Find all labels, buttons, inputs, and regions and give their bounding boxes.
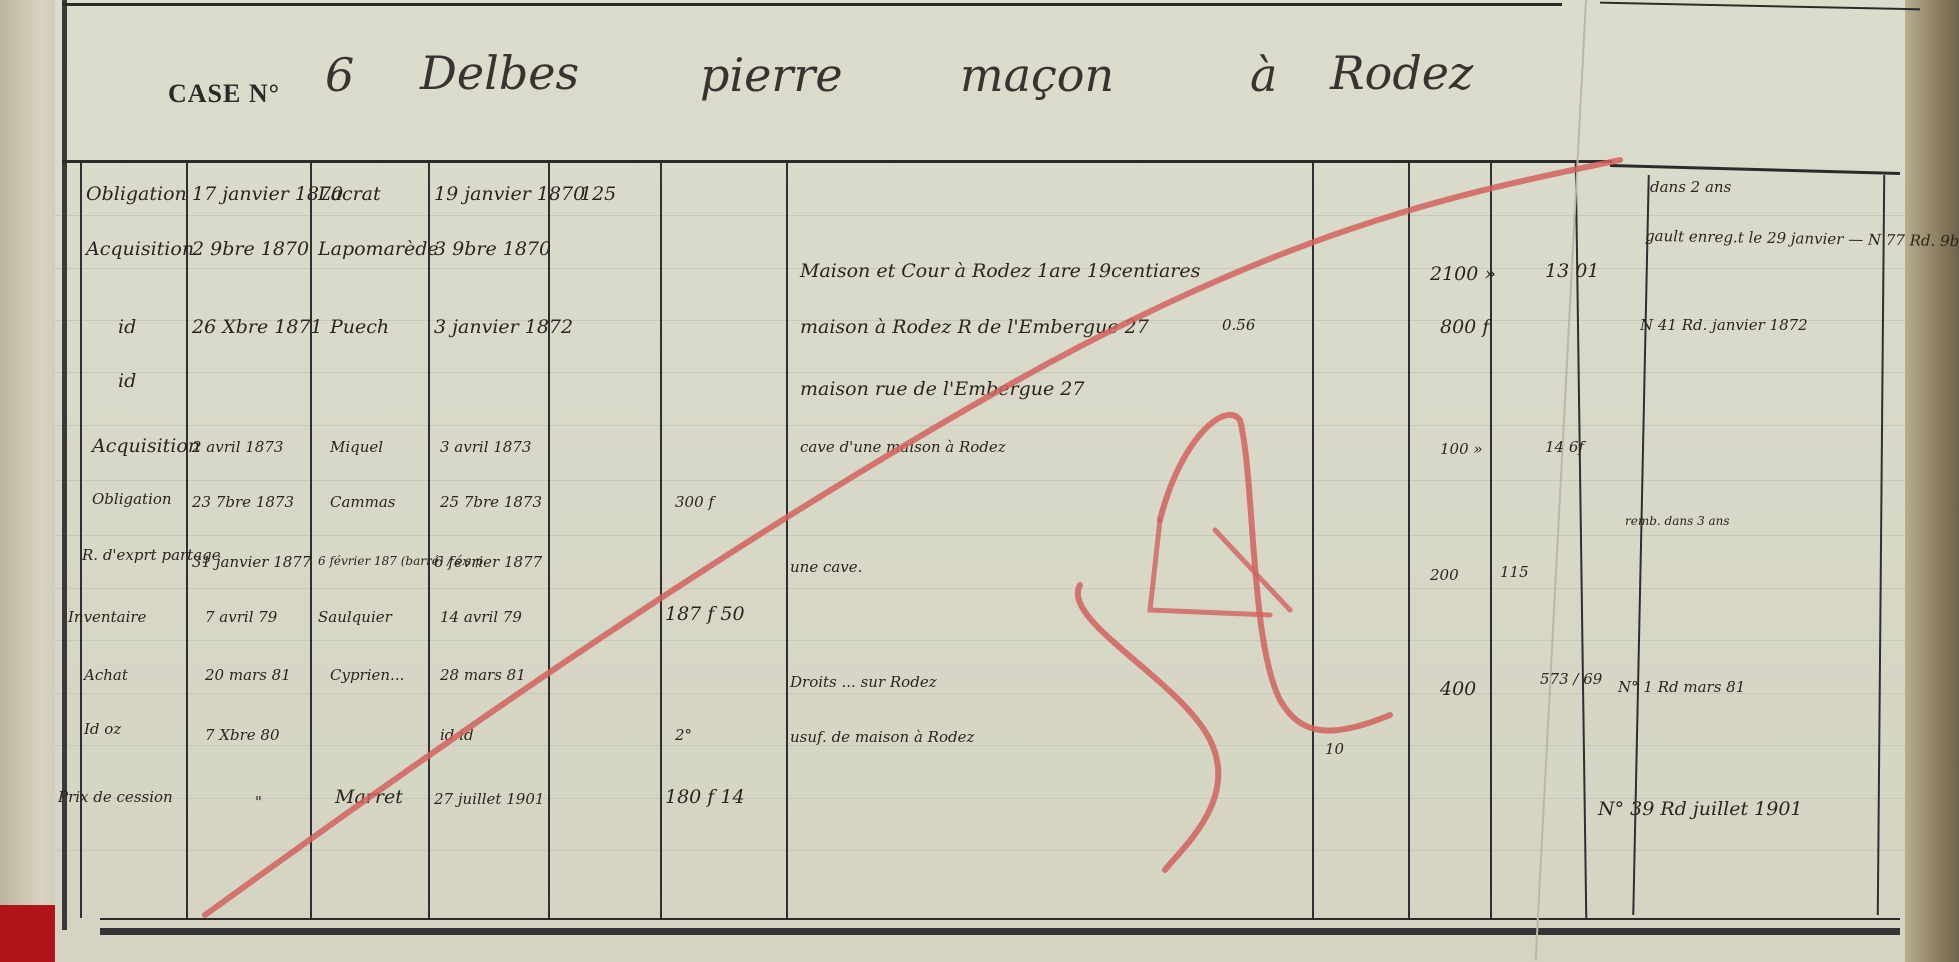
case-number: 6 [325, 52, 354, 98]
row-designation: Droits ... sur Rodez [790, 675, 937, 690]
row-designation: cave d'une maison à Rodez [800, 440, 1006, 455]
row-nature: Obligation [86, 185, 187, 204]
bottom-rule-thick [100, 928, 1900, 935]
row-date-acte: 26 Xbre 1871 [192, 318, 323, 337]
row-date-enreg: 25 7bre 1873 [440, 495, 542, 510]
row-valeur: 200 [1430, 568, 1459, 583]
background-left [0, 0, 60, 962]
col-rule [660, 163, 662, 918]
col-rule [1408, 163, 1410, 918]
row-notaire: Puech [330, 318, 389, 337]
row-date-acte: 2 9bre 1870 [192, 240, 309, 259]
row-contenance: 0.56 [1222, 318, 1255, 333]
row-nature: id [118, 318, 136, 337]
owner-surname: Delbes [420, 50, 579, 96]
header-rule [62, 160, 1612, 163]
row-designation: une cave. [790, 560, 862, 575]
row-droits: 13 01 [1545, 262, 1599, 281]
row-notaire: Cyprien... [330, 668, 404, 683]
row-contenance: 10 [1325, 742, 1344, 757]
row-notaire: Saulquier [318, 610, 392, 625]
col-rule [1312, 163, 1314, 918]
row-prix: 125 [580, 185, 616, 204]
row-observations: remb. dans 3 ans [1625, 515, 1730, 527]
row-notaire: Lacrat [318, 185, 381, 204]
row-valeur: 100 » [1440, 442, 1483, 457]
col-rule [786, 163, 788, 918]
bottom-rule-thin [100, 918, 1900, 920]
row-droits: 115 [1500, 565, 1529, 580]
frame-top-rule [62, 3, 1562, 6]
row-nature: Obligation [92, 492, 172, 507]
row-valeur: 400 [1440, 680, 1476, 699]
row-date-acte: 31 janvier 1877 [192, 555, 311, 570]
row-valeur: 800 f [1440, 318, 1489, 337]
row-date-enreg: 27 juillet 1901 [434, 792, 544, 807]
owner-preposition: à [1250, 52, 1277, 98]
row-nature: Acquisition [86, 240, 194, 259]
row-date-enreg: id id [440, 728, 474, 743]
row-date-enreg: 28 mars 81 [440, 668, 526, 683]
col-rule [428, 163, 430, 918]
row-observations: N° 39 Rd juillet 1901 [1598, 800, 1803, 819]
row-notaire: Miquel [330, 440, 383, 455]
row-date-enreg: 6 février 1877 [434, 555, 542, 570]
row-date-enreg: 3 janvier 1872 [434, 318, 573, 337]
row-prix: 187 f 50 [665, 605, 745, 624]
owner-town: Rodez [1330, 50, 1473, 96]
row-nature: Acquisition [92, 437, 200, 456]
row-droits: 14 6f [1545, 440, 1584, 455]
row-prix: 180 f 14 [665, 788, 745, 807]
row-nature: Inventaire [68, 610, 146, 625]
row-date-enreg: 3 9bre 1870 [434, 240, 551, 259]
row-date-acte: 2 avril 1873 [192, 440, 283, 455]
row-date-acte: 20 mars 81 [205, 668, 291, 683]
col-rule [310, 163, 312, 918]
red-cover-corner [0, 905, 60, 962]
row-designation: maison rue de l'Embergue 27 [800, 380, 1084, 399]
row-date-acte: 23 7bre 1873 [192, 495, 294, 510]
row-observations: N 41 Rd. janvier 1872 [1640, 318, 1808, 333]
col-rule [186, 163, 188, 918]
row-prix: 2° [675, 728, 692, 743]
row-valeur: 2100 » [1430, 265, 1496, 284]
owner-firstname: pierre [700, 52, 843, 98]
owner-profession: maçon [960, 52, 1114, 98]
row-observations: dans 2 ans [1650, 180, 1731, 195]
row-date-enreg: 19 janvier 1870 [434, 185, 585, 204]
row-date-acte: " [255, 795, 262, 810]
row-observations: N° 1 Rd mars 81 [1618, 680, 1745, 695]
row-date-enreg: 14 avril 79 [440, 610, 522, 625]
row-notaire: Marret [335, 788, 403, 807]
row-prix: 300 f [675, 495, 714, 510]
row-date-acte: 7 avril 79 [205, 610, 277, 625]
col-rule [548, 163, 550, 918]
row-designation: maison à Rodez R de l'Embergue 27 [800, 318, 1149, 337]
row-date-enreg: 3 avril 1873 [440, 440, 531, 455]
row-nature: Achat [84, 668, 128, 683]
row-notaire: Lapomarède [318, 240, 439, 259]
row-date-acte: 7 Xbre 80 [205, 728, 280, 743]
row-nature: id [118, 372, 136, 391]
page-edge-right [1905, 0, 1959, 962]
row-designation: Maison et Cour à Rodez 1are 19centiares [800, 262, 1200, 281]
case-number-label: CASE N° [168, 79, 280, 109]
row-designation: usuf. de maison à Rodez [790, 730, 974, 745]
row-droits: 573 / 69 [1540, 672, 1602, 687]
row-notaire: Cammas [330, 495, 396, 510]
row-nature: Id oz [84, 722, 121, 737]
row-nature: Prix de cession [58, 790, 173, 805]
